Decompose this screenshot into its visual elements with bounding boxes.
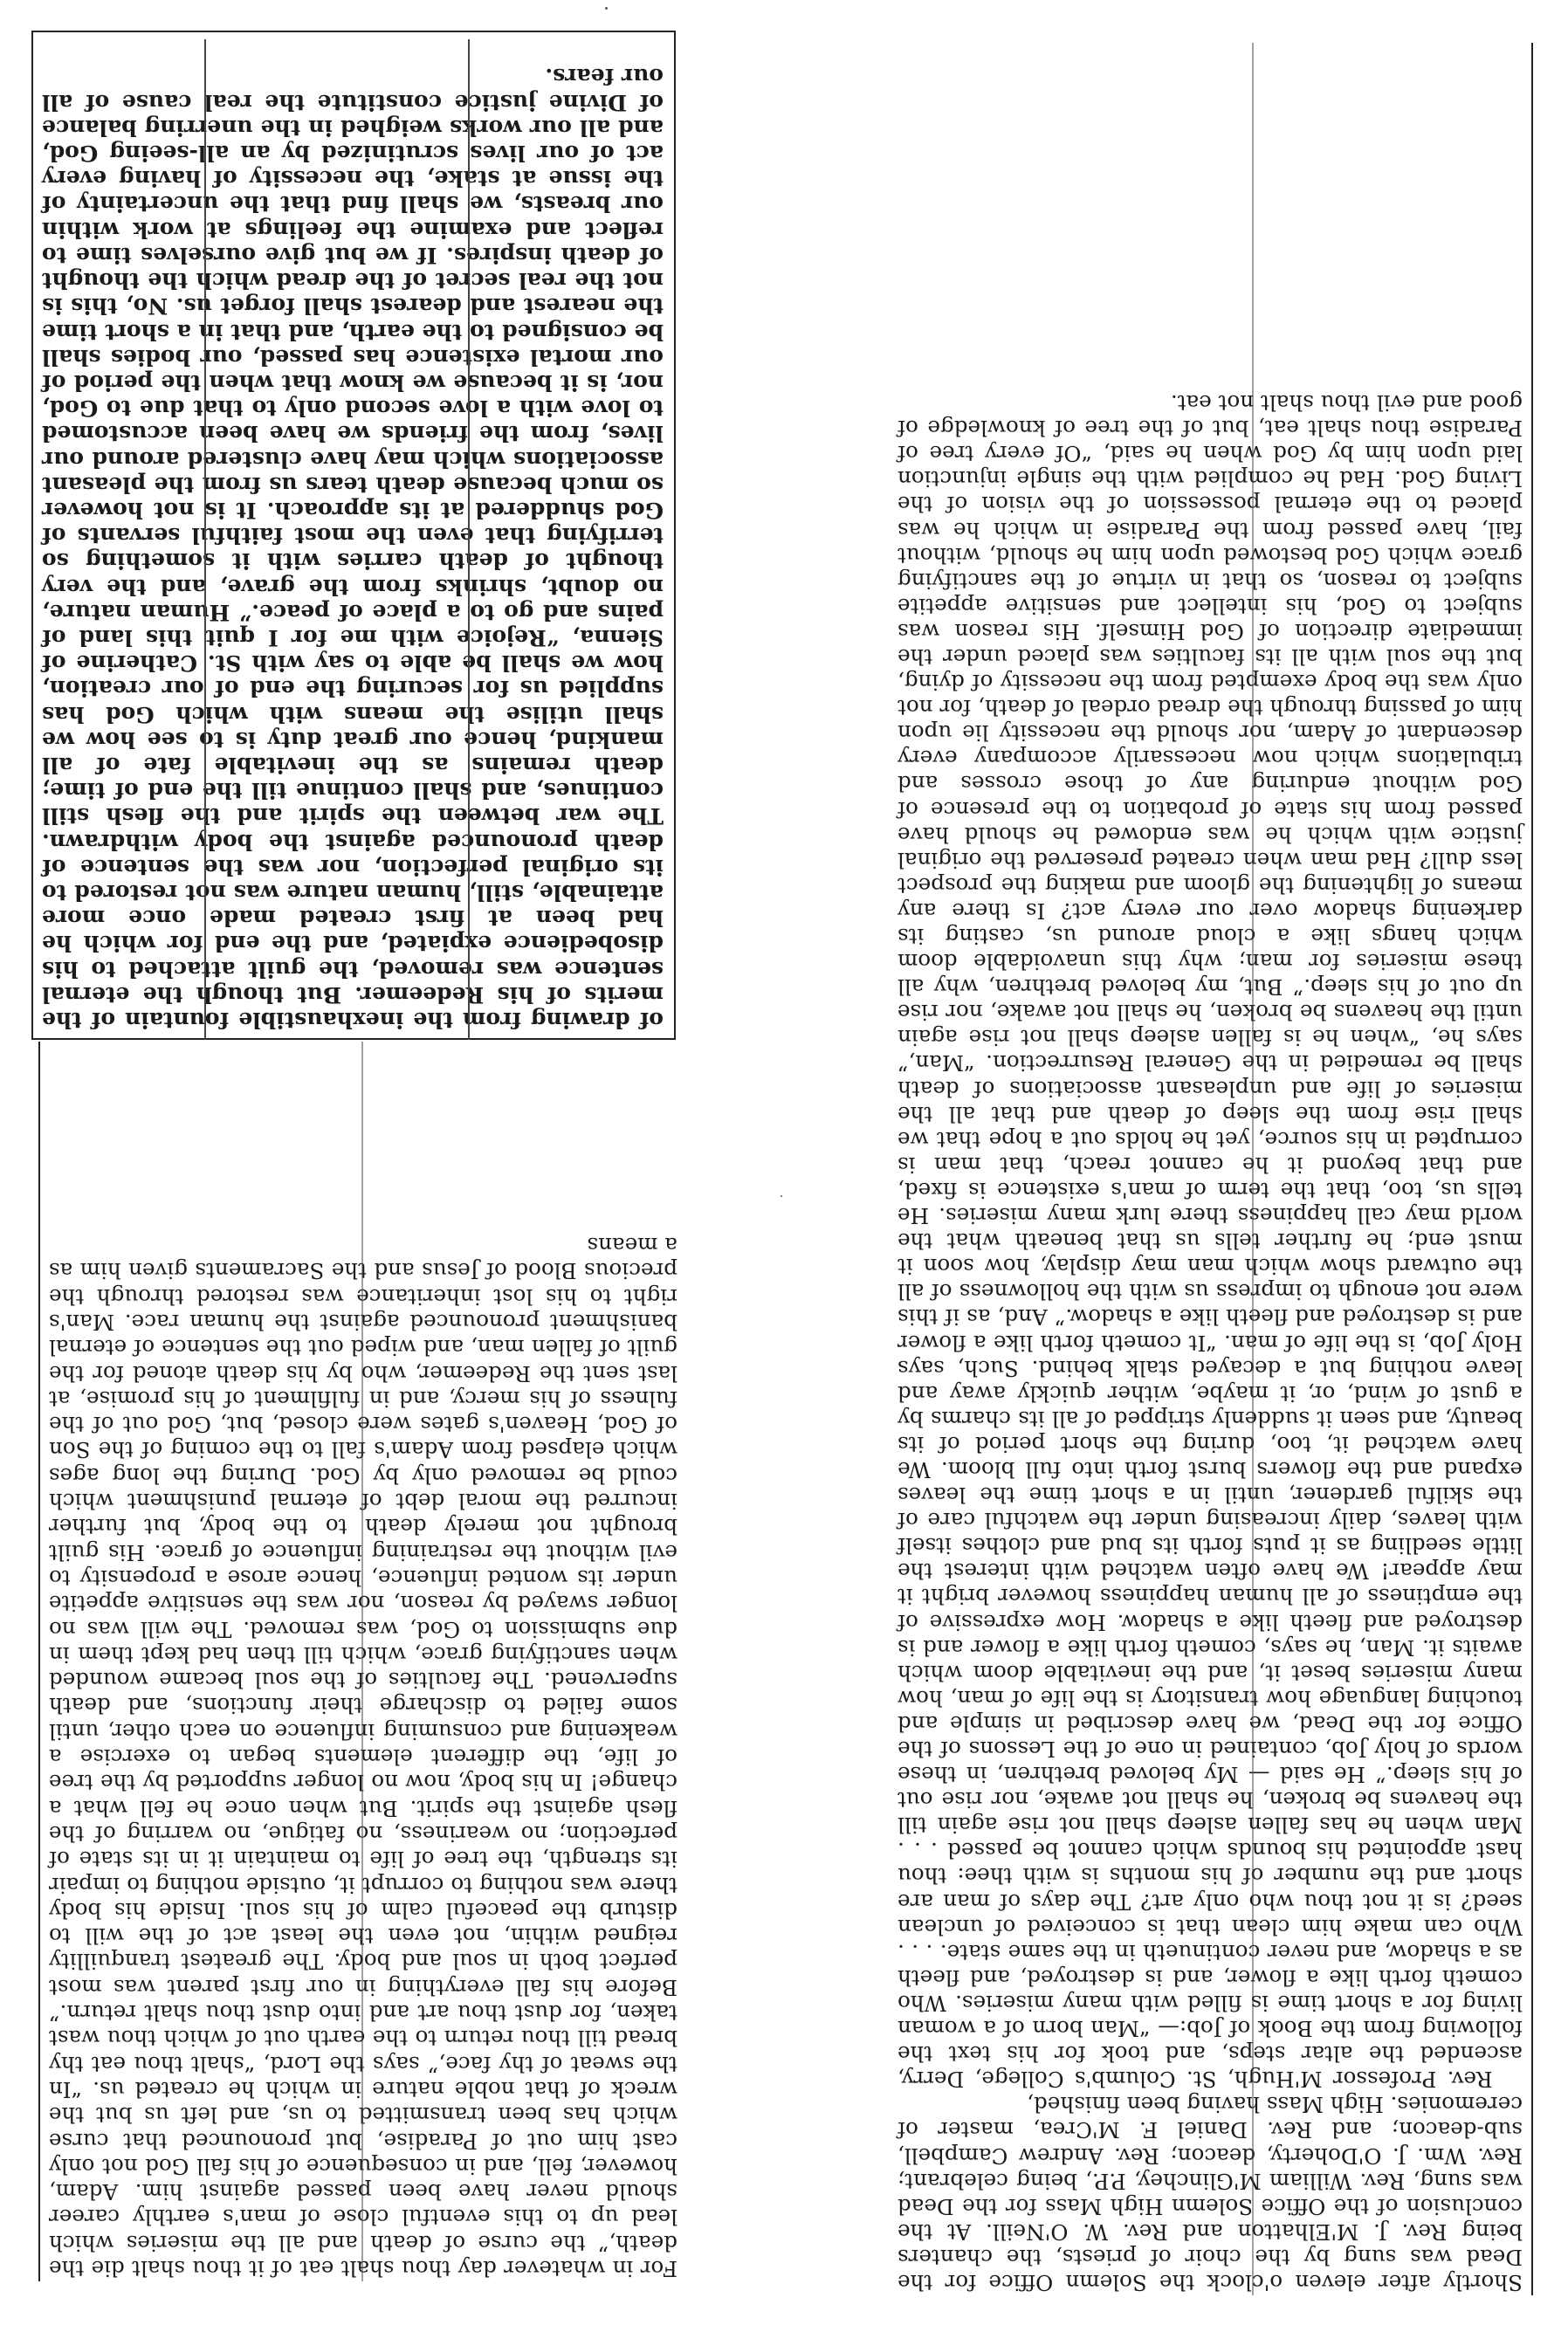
scan-speck [781, 1195, 782, 1197]
column-fold-line [1253, 43, 1255, 2295]
article-column-2-boxed: of drawing from the inexhaustible founta… [31, 31, 676, 1040]
column-fold-line [362, 1042, 364, 2281]
column-fold-line [205, 39, 207, 1040]
column-fold-line [469, 39, 471, 1040]
article-column-2-lower: For in whatever day thou shalt eat of it… [38, 1042, 677, 2281]
paragraph-sermon-part-2: For in whatever day thou shalt eat of it… [49, 1233, 677, 2281]
paragraph-sermon-part-1: Rev. Professor M'Hugh, St. Columb's Coll… [897, 390, 1523, 2092]
scan-speck [605, 7, 608, 10]
newspaper-page: Shortly after eleven o'clock the Solemn … [0, 0, 1568, 2332]
article-column-1: Shortly after eleven o'clock the Solemn … [897, 43, 1533, 2295]
paragraph-service-details: Shortly after eleven o'clock the Solemn … [897, 2092, 1523, 2295]
paragraph-sermon-part-3: of drawing from the inexhaustible founta… [42, 64, 664, 1033]
